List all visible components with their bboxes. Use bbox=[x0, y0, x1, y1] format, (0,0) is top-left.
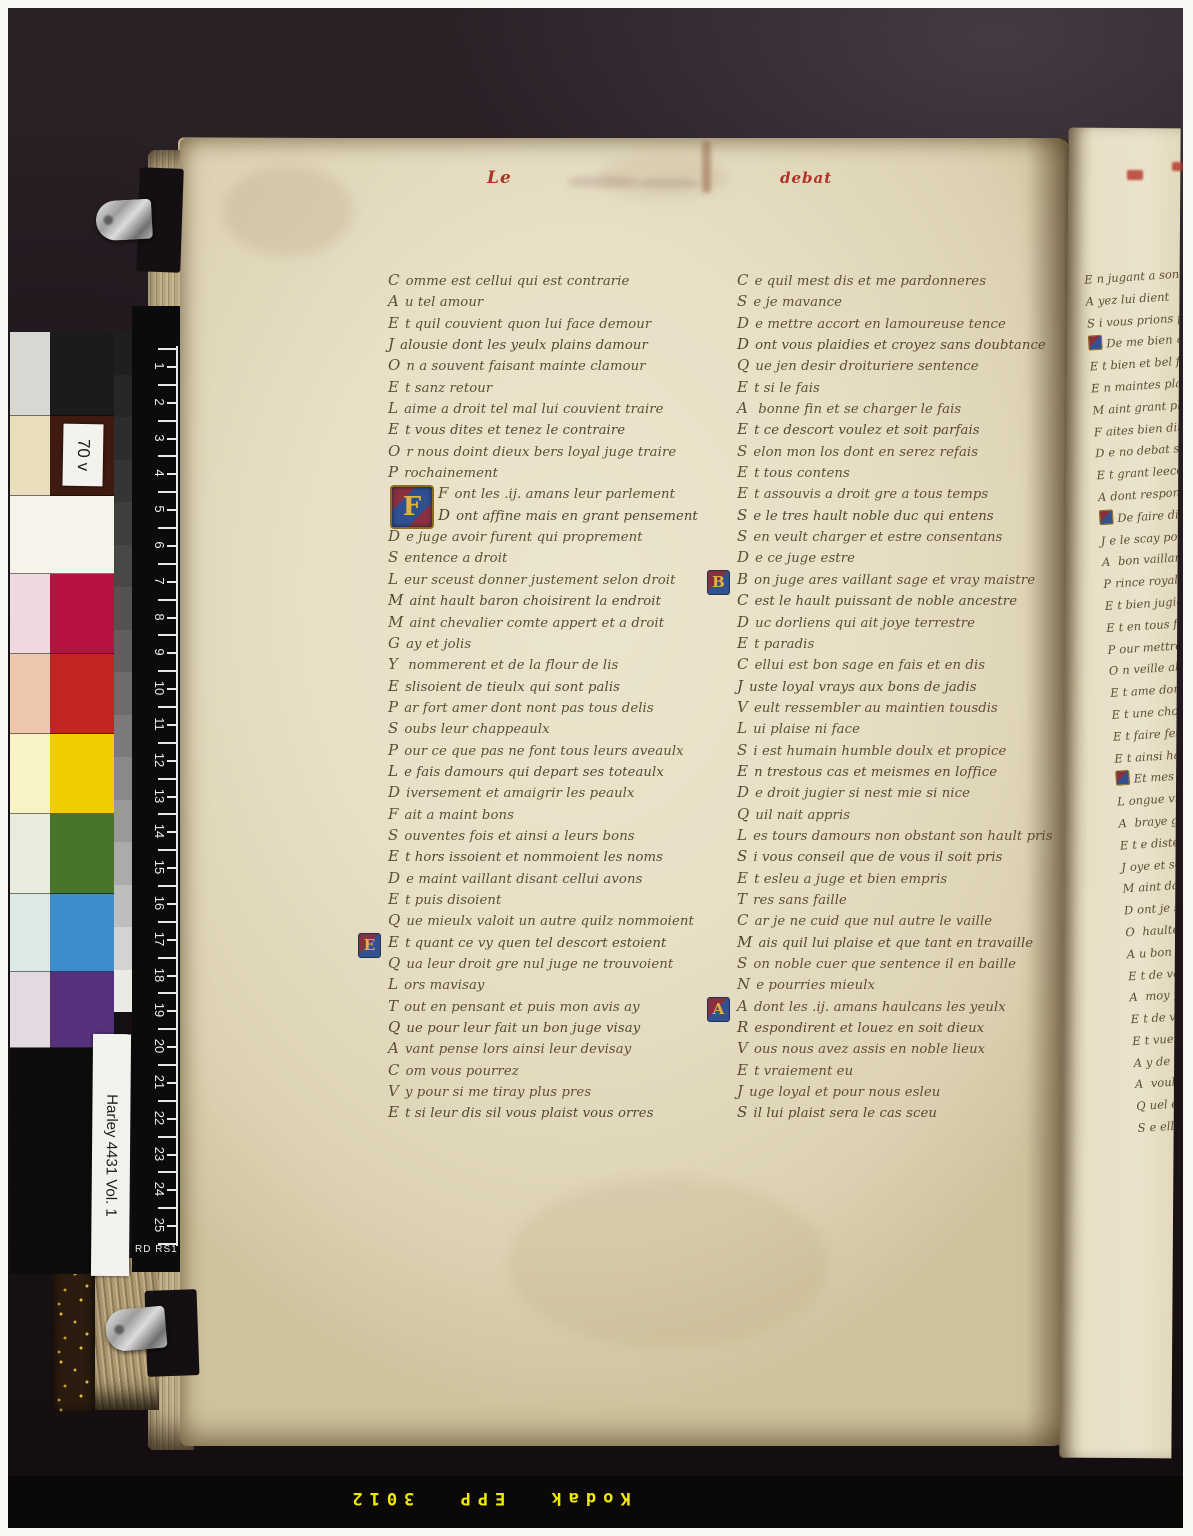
color-patch bbox=[10, 972, 50, 1048]
shelfmark-label: Harley 4431 Vol. 1 bbox=[102, 1094, 120, 1217]
ruler-number: 10 bbox=[147, 677, 167, 699]
color-patch bbox=[10, 332, 50, 416]
text-line: Et assouvis a droit gre a tous temps bbox=[737, 483, 1072, 504]
color-patch bbox=[10, 574, 50, 654]
illuminated-initial bbox=[1115, 770, 1130, 786]
ruler-tick bbox=[158, 634, 176, 636]
text-line: De juge avoir furent qui proprement bbox=[388, 526, 718, 547]
folio-number-label: 70 v bbox=[73, 439, 94, 471]
illuminated-initial: A bbox=[707, 997, 730, 1022]
ruler-number: 14 bbox=[147, 820, 167, 842]
ruler-tick bbox=[158, 1100, 176, 1102]
text-line: En trestous cas et meismes en loffice bbox=[737, 761, 1072, 782]
text-line: Le fais damours qui depart ses toteaulx bbox=[388, 761, 718, 782]
text-line: Et tous contens bbox=[737, 462, 1072, 483]
ruler-tick bbox=[158, 348, 176, 350]
text-line: Selon mon los dont en serez refais bbox=[737, 441, 1072, 462]
ruler-tick bbox=[167, 796, 176, 798]
illuminated-initial bbox=[1099, 509, 1114, 525]
page-holder-clip-bottom bbox=[104, 1305, 167, 1352]
ruler-tick bbox=[167, 438, 176, 440]
text-line: Que jen desir droituriere sentence bbox=[737, 355, 1072, 376]
ruler-tick bbox=[158, 455, 176, 457]
ruler-tick bbox=[158, 813, 176, 815]
illuminated-initial bbox=[1088, 335, 1103, 351]
text-line: Et paradis bbox=[737, 633, 1072, 654]
text-line: Qua leur droit gre nul juge ne trouvoien… bbox=[388, 953, 718, 974]
text-line: Et puis disoient bbox=[388, 889, 718, 910]
text-line: Son noble cuer que sentence il en baille bbox=[737, 953, 1072, 974]
ruler-tick bbox=[167, 760, 176, 762]
text-line: Et sanz retour bbox=[388, 377, 718, 398]
text-line: Or nous doint dieux bers loyal juge trai… bbox=[388, 441, 718, 462]
color-patch bbox=[10, 654, 50, 734]
ruler-number: 3 bbox=[147, 427, 167, 449]
color-patch bbox=[10, 894, 50, 972]
color-patch-row bbox=[10, 574, 114, 654]
text-line: Avant pense lors ainsi leur devisay bbox=[388, 1038, 718, 1059]
running-header-right: debat bbox=[780, 169, 832, 187]
ruler-tick bbox=[167, 1010, 176, 1012]
ruler-tick bbox=[167, 617, 176, 619]
text-line: Cellui est bon sage en fais et en dis bbox=[737, 654, 1072, 675]
running-header-left: Le bbox=[487, 168, 512, 188]
scanned-manuscript-photo: Le debat Comme est cellui qui est contra… bbox=[0, 0, 1193, 1536]
photo-background-felt: Le debat Comme est cellui qui est contra… bbox=[8, 8, 1183, 1476]
ruler-tick bbox=[167, 903, 176, 905]
ruler-number: 16 bbox=[147, 892, 167, 914]
faded-header-smudge bbox=[638, 178, 698, 188]
text-line: Quil nait appris bbox=[737, 804, 1072, 825]
ruler-tick bbox=[167, 1189, 176, 1191]
ruler-tick bbox=[158, 849, 176, 851]
text-line: Tres sans faille bbox=[737, 889, 1072, 910]
film-edge-strip: Kodak EPP 3012 bbox=[8, 1476, 1183, 1528]
ruler-number: 19 bbox=[147, 999, 167, 1021]
parchment-stain bbox=[223, 166, 353, 256]
next-page-rubric-mark bbox=[1172, 162, 1183, 171]
color-patch bbox=[50, 654, 114, 734]
folio-number-sticker: 70 v bbox=[62, 424, 103, 487]
text-line: Adont les .ij. amans haulcans les yeulxA bbox=[737, 996, 1072, 1017]
color-patch-row bbox=[10, 894, 114, 972]
text-line: Ce quil mest dis et me pardonneres bbox=[737, 270, 1072, 291]
ruler-number: 5 bbox=[147, 498, 167, 520]
manuscript-page-next-recto: En jugant a son buAyez lui dientSi vous … bbox=[1059, 128, 1180, 1459]
text-column-right: Ce quil mest dis et me pardonneresSe je … bbox=[737, 270, 1072, 1124]
text-line: De maint vaillant disant cellui avons bbox=[388, 868, 718, 889]
text-line: Pour ce que pas ne font tous leurs aveau… bbox=[388, 740, 718, 761]
illuminated-initial: B bbox=[707, 570, 730, 595]
text-line: Et vous dites et tenez le contraire bbox=[388, 419, 718, 440]
ruler-number: 1 bbox=[147, 355, 167, 377]
color-patch-row bbox=[10, 814, 114, 894]
color-patch bbox=[50, 332, 114, 416]
text-line: Au tel amour bbox=[388, 291, 718, 312]
ruler-tick bbox=[167, 1154, 176, 1156]
color-patch-row bbox=[10, 332, 114, 416]
ruler-tick bbox=[167, 1225, 176, 1227]
ruler-tick bbox=[158, 563, 176, 565]
ruler-tick bbox=[158, 670, 176, 672]
text-line: De ce juge estre bbox=[737, 547, 1072, 568]
ruler-tick bbox=[167, 652, 176, 654]
text-line: Duc dorliens qui ait joye terrestre bbox=[737, 612, 1072, 633]
ruler-tick bbox=[167, 939, 176, 941]
text-line: Juste loyal vrays aux bons de jadis bbox=[737, 676, 1072, 697]
text-line: Comme est cellui qui est contrarie bbox=[388, 270, 718, 291]
text-line: Par fort amer dont nont pas tous delis bbox=[388, 697, 718, 718]
color-patch bbox=[10, 814, 50, 894]
text-line: Lors mavisay bbox=[388, 974, 718, 995]
text-line: Et hors issoient et nommoient les noms bbox=[388, 846, 718, 867]
ruler-tick bbox=[158, 992, 176, 994]
text-line: De droit jugier si nest mie si nice bbox=[737, 782, 1072, 803]
text-line: Y nommerent et de la flour de lis bbox=[388, 654, 718, 675]
ruler-tick bbox=[158, 885, 176, 887]
color-patch-row bbox=[10, 496, 114, 574]
ruler-number: 20 bbox=[147, 1035, 167, 1057]
text-line: Vy pour si me tiray plus pres bbox=[388, 1081, 718, 1102]
color-patch bbox=[10, 496, 114, 574]
text-line: Laime a droit tel mal lui couvient trair… bbox=[388, 398, 718, 419]
text-line: Respondirent et louez en soit dieux bbox=[737, 1017, 1072, 1038]
text-line: Mais quil lui plaise et que tant en trav… bbox=[737, 932, 1072, 953]
ruler-end-label: RD RS1 bbox=[135, 1244, 178, 1255]
text-line: On a souvent faisant mainte clamour bbox=[388, 355, 718, 376]
color-patch bbox=[50, 814, 114, 894]
color-patch-row bbox=[10, 654, 114, 734]
text-line: Sentence a droit bbox=[388, 547, 718, 568]
text-line: Si est humain humble doulx et propice bbox=[737, 740, 1072, 761]
ruler-tick bbox=[158, 742, 176, 744]
faded-header-smudge bbox=[568, 176, 638, 188]
ruler-tick bbox=[167, 581, 176, 583]
text-line: Eslisoient de tieulx qui sont palis bbox=[388, 676, 718, 697]
text-line: De mettre accort en lamoureuse tence bbox=[737, 313, 1072, 334]
ruler-number: 24 bbox=[147, 1178, 167, 1200]
ruler-tick bbox=[158, 778, 176, 780]
ruler-tick bbox=[158, 1028, 176, 1030]
text-line: Et esleu a juge et bien empris bbox=[737, 868, 1072, 889]
ruler-number: 17 bbox=[147, 928, 167, 950]
ruler-tick bbox=[158, 1207, 176, 1209]
text-line: Vous nous avez assis en noble lieux bbox=[737, 1038, 1072, 1059]
color-patch bbox=[50, 574, 114, 654]
text-line: Prochainement bbox=[388, 462, 718, 483]
color-patch bbox=[10, 734, 50, 814]
text-line: Soubs leur chappeaulx bbox=[388, 718, 718, 739]
ruler-tick bbox=[167, 1046, 176, 1048]
text-line: Et vraiement eu bbox=[737, 1060, 1072, 1081]
text-line: Diversement et amaigrir les peaulx bbox=[388, 782, 718, 803]
text-line: Cest le hault puissant de noble ancestre bbox=[737, 590, 1072, 611]
ruler-tick bbox=[167, 831, 176, 833]
text-line: Sen veult charger et estre consentans bbox=[737, 526, 1072, 547]
text-line: Bon juge ares vaillant sage et vray mais… bbox=[737, 569, 1072, 590]
ruler-number: 18 bbox=[147, 964, 167, 986]
text-line: Ne pourries mieulx bbox=[737, 974, 1072, 995]
text-line: Et ce descort voulez et soit parfais bbox=[737, 419, 1072, 440]
color-patch bbox=[10, 416, 50, 496]
text-line: Font les .ij. amans leur parlementF bbox=[388, 483, 718, 504]
text-line: Souventes fois et ainsi a leurs bons bbox=[388, 825, 718, 846]
ruler-number: 21 bbox=[147, 1071, 167, 1093]
ruler-edge-line bbox=[176, 346, 178, 1246]
text-line: Com vous pourrez bbox=[388, 1060, 718, 1081]
ruler-tick bbox=[158, 1243, 176, 1245]
ruler-number: 2 bbox=[147, 391, 167, 413]
text-line: Car je ne cuid que nul autre le vaille bbox=[737, 910, 1072, 931]
ruler-tick bbox=[158, 420, 176, 422]
ruler-number: 22 bbox=[147, 1107, 167, 1129]
text-line: Que mieulx valoit un autre quilz nommoie… bbox=[388, 910, 718, 931]
ruler-tick bbox=[167, 366, 176, 368]
text-line: Dont vous plaidies et croyez sans doubta… bbox=[737, 334, 1072, 355]
ruler-tick bbox=[167, 724, 176, 726]
ruler-tick bbox=[167, 867, 176, 869]
next-page-text-column: En jugant a son buAyez lui dientSi vous … bbox=[1084, 262, 1181, 1140]
text-line: Fait a maint bons bbox=[388, 804, 718, 825]
text-line: Dont affine mais en grant pensement bbox=[388, 505, 718, 526]
text-line: Maint chevalier comte appert et a droit bbox=[388, 612, 718, 633]
text-line: Sil lui plaist sera le cas sceu bbox=[737, 1102, 1072, 1123]
ruler-tick bbox=[167, 1082, 176, 1084]
text-column-left: Comme est cellui qui est contrarieAu tel… bbox=[388, 270, 718, 1124]
text-line: Juge loyal et pour nous esleu bbox=[737, 1081, 1072, 1102]
text-line: Et si le fais bbox=[737, 377, 1072, 398]
illuminated-initial: E bbox=[358, 933, 381, 958]
ruler-number: 4 bbox=[147, 462, 167, 484]
next-page-rubric-mark bbox=[1127, 170, 1143, 180]
color-patch bbox=[50, 894, 114, 972]
text-line: Se le tres hault noble duc qui entens bbox=[737, 505, 1072, 526]
page-holder-clip-top bbox=[95, 199, 153, 242]
ruler-tick bbox=[158, 706, 176, 708]
ruler-tick bbox=[158, 1136, 176, 1138]
ruler-tick bbox=[167, 509, 176, 511]
ruler-tick bbox=[167, 688, 176, 690]
ruler-tick bbox=[167, 975, 176, 977]
ruler-number: 12 bbox=[147, 749, 167, 771]
text-line: Se je mavance bbox=[737, 291, 1072, 312]
ruler-tick bbox=[158, 1171, 176, 1173]
shelfmark-sticker: Harley 4431 Vol. 1 bbox=[91, 1034, 131, 1276]
ruler-tick bbox=[158, 1064, 176, 1066]
ruler-tick bbox=[167, 545, 176, 547]
ruler-tick bbox=[158, 491, 176, 493]
color-patch-row bbox=[10, 734, 114, 814]
text-line: Gay et jolis bbox=[388, 633, 718, 654]
text-line: Et quil couvient quon lui face demour bbox=[388, 313, 718, 334]
ruler-number: 9 bbox=[147, 641, 167, 663]
ruler-number: 11 bbox=[147, 713, 167, 735]
text-line: Et quant ce vy quen tel descort estoient… bbox=[388, 932, 718, 953]
text-line: Veult ressembler au maintien tousdis bbox=[737, 697, 1072, 718]
ruler-number: 7 bbox=[147, 570, 167, 592]
text-line: Leur sceust donner justement selon droit bbox=[388, 569, 718, 590]
text-line: Et si leur dis sil vous plaist vous orre… bbox=[388, 1102, 718, 1123]
ruler-tick bbox=[167, 1118, 176, 1120]
text-line: Que pour leur fait un bon juge visay bbox=[388, 1017, 718, 1038]
text-line: Jalousie dont les yeulx plains damour bbox=[388, 334, 718, 355]
measurement-ruler: RD RS1 123456789101112131415161718192021… bbox=[132, 306, 180, 1272]
ruler-number: 6 bbox=[147, 534, 167, 556]
ruler-number: 23 bbox=[147, 1143, 167, 1165]
text-line: A bonne fin et se charger le fais bbox=[737, 398, 1072, 419]
text-line: Lui plaise ni face bbox=[737, 718, 1072, 739]
gilt-cover-decoration bbox=[53, 1260, 95, 1412]
ruler-tick bbox=[158, 527, 176, 529]
film-marking-text: Kodak EPP 3012 bbox=[268, 1488, 708, 1508]
text-line: Tout en pensant et puis mon avis ay bbox=[388, 996, 718, 1017]
text-line: Si vous conseil que de vous il soit pris bbox=[737, 846, 1072, 867]
ruler-number: 15 bbox=[147, 856, 167, 878]
ink-drip-stain bbox=[702, 141, 711, 193]
ruler-number: 25 bbox=[147, 1214, 167, 1236]
ruler-tick bbox=[158, 921, 176, 923]
ruler-tick bbox=[167, 473, 176, 475]
ruler-tick bbox=[158, 957, 176, 959]
text-line: Maint hault baron choisirent la endroit bbox=[388, 590, 718, 611]
parchment-stain bbox=[508, 1178, 828, 1348]
ruler-number: 8 bbox=[147, 606, 167, 628]
ruler-number: 13 bbox=[147, 785, 167, 807]
ruler-tick bbox=[158, 599, 176, 601]
ruler-tick bbox=[158, 384, 176, 386]
text-line: Les tours damours non obstant son hault … bbox=[737, 825, 1072, 846]
color-patch bbox=[50, 734, 114, 814]
ruler-tick bbox=[167, 402, 176, 404]
